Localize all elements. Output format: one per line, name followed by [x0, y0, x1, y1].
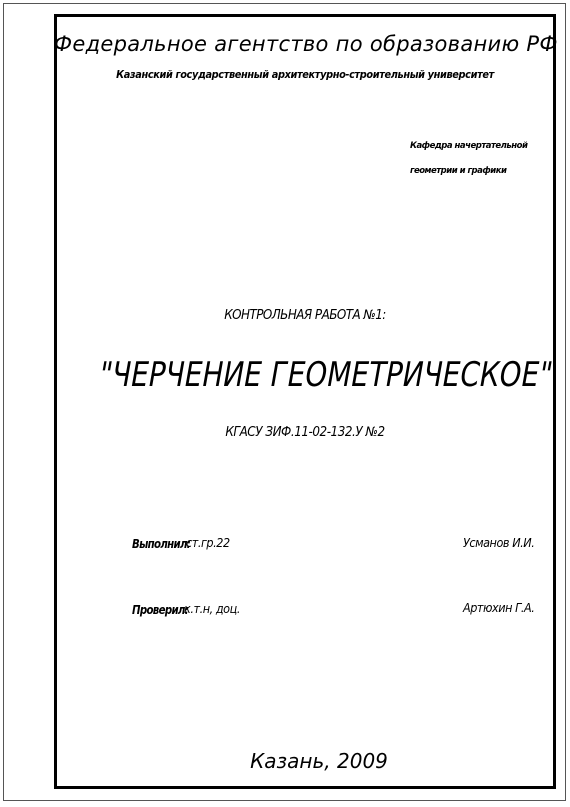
checked-title: к.т.н, доц.: [184, 603, 240, 616]
checked-label: Проверил:: [132, 604, 188, 616]
performed-label: Выполнил:: [132, 538, 190, 550]
university-heading: Казанский государственный архитектурно-с…: [72, 70, 539, 81]
performed-group: ст.гр.22: [186, 537, 230, 550]
document-title: "ЧЕРЧЕНИЕ ГЕОМЕТРИЧЕСКОЕ": [96, 358, 514, 392]
department-line-2: геометрии и графики: [410, 167, 506, 176]
agency-heading: Федеральное агентство по образованию РФ: [54, 34, 556, 55]
document-code: КГАСУ ЗИФ.11-02-132.У №2: [74, 426, 536, 439]
performed-name: Усманов И.И.: [463, 537, 534, 550]
city-year: Казань, 2009: [54, 751, 556, 771]
checked-name: Артюхин Г.А.: [463, 602, 534, 615]
drawing-frame: [54, 14, 556, 789]
department-line-1: Кафедра начертательной: [410, 142, 527, 151]
work-type: КОНТРОЛЬНАЯ РАБОТА №1:: [74, 309, 536, 322]
